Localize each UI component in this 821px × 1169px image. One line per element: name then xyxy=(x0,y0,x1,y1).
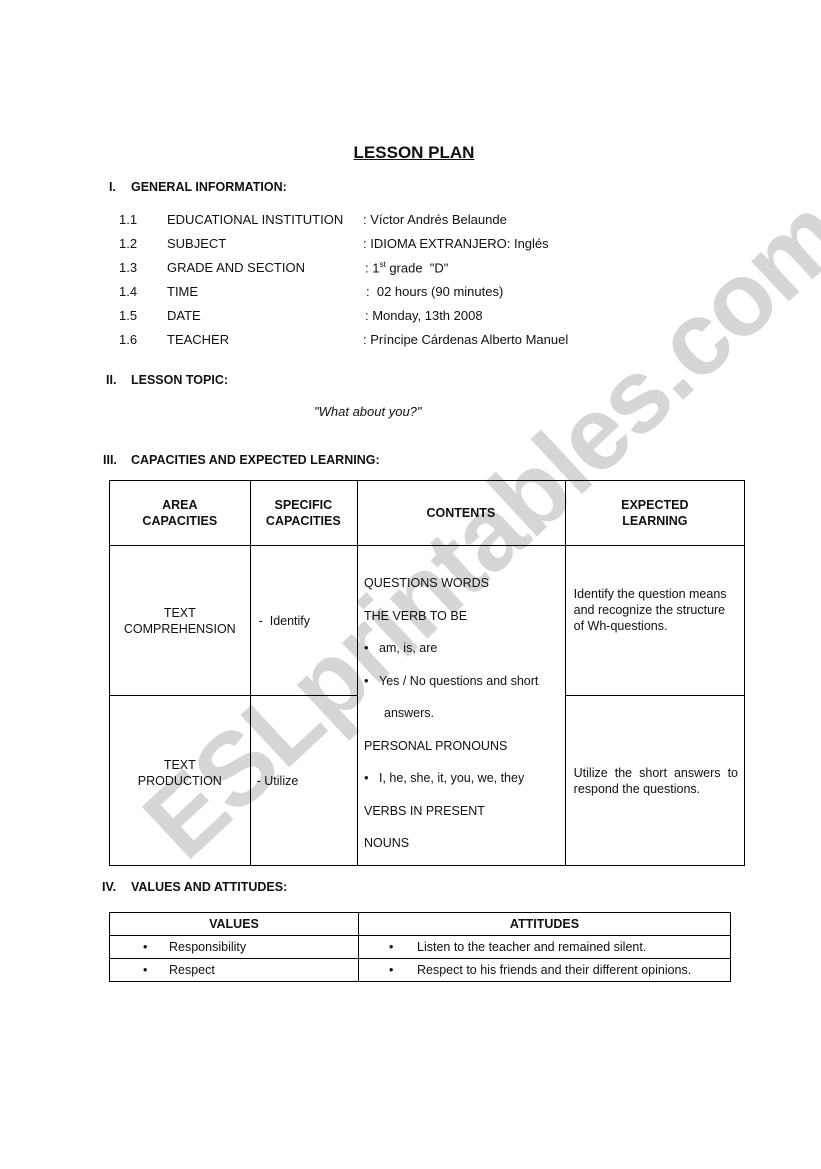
contents-bullet-item: I, he, she, it, you, we, they xyxy=(364,762,564,795)
section-title: LESSON TOPIC: xyxy=(131,373,228,387)
specific-capacity-cell: - Utilize xyxy=(250,696,357,866)
info-number: 1.2 xyxy=(119,236,137,251)
info-number: 1.3 xyxy=(119,260,137,275)
table-header-row: VALUES ATTITUDES xyxy=(110,913,731,936)
table-row: TEXTCOMPREHENSION - Identify QUESTIONS W… xyxy=(110,546,745,696)
col-header-specific-capacities: SPECIFICCAPACITIES xyxy=(250,481,357,546)
specific-capacity-cell: - Identify xyxy=(250,546,357,696)
info-value: : Víctor Andrés Belaunde xyxy=(363,212,507,227)
bullet-icon: • xyxy=(110,940,169,954)
capacities-table: AREACAPACITIES SPECIFICCAPACITIES CONTEN… xyxy=(109,480,745,866)
expected-learning-cell: Utilize the short answers to respond the… xyxy=(565,696,744,866)
info-number: 1.4 xyxy=(119,284,137,299)
info-label: DATE xyxy=(167,308,201,323)
table-row: •Respect •Respect to his friends and the… xyxy=(110,959,731,982)
value-cell: •Respect xyxy=(110,959,359,982)
contents-bullet-item: Yes / No questions and short xyxy=(364,665,564,698)
area-capacity-cell: TEXTCOMPREHENSION xyxy=(110,546,251,696)
info-value: : IDIOMA EXTRANJERO: Inglés xyxy=(363,236,549,251)
section-number: III. xyxy=(103,453,131,467)
info-label: EDUCATIONAL INSTITUTION xyxy=(167,212,343,227)
col-header-attitudes: ATTITUDES xyxy=(359,913,731,936)
col-header-contents: CONTENTS xyxy=(358,481,566,546)
section-general-information-heading: I.GENERAL INFORMATION: xyxy=(109,180,287,194)
info-label: TEACHER xyxy=(167,332,229,347)
area-capacity-cell: TEXTPRODUCTION xyxy=(110,696,251,866)
info-value: : Monday, 13th 2008 xyxy=(365,308,483,323)
value-cell: •Responsibility xyxy=(110,936,359,959)
bullet-icon: • xyxy=(359,940,417,954)
section-title: VALUES AND ATTITUDES: xyxy=(131,880,287,894)
table-row: •Responsibility •Listen to the teacher a… xyxy=(110,936,731,959)
table-header-row: AREACAPACITIES SPECIFICCAPACITIES CONTEN… xyxy=(110,481,745,546)
contents-item: VERBS IN PRESENT xyxy=(364,795,564,828)
lesson-topic: "What about you?" xyxy=(314,404,422,419)
section-number: I. xyxy=(109,180,131,194)
contents-item: NOUNS xyxy=(364,827,564,860)
section-values-heading: IV.VALUES AND ATTITUDES: xyxy=(102,880,287,894)
info-value: : Príncipe Cárdenas Alberto Manuel xyxy=(363,332,568,347)
section-number: II. xyxy=(106,373,131,387)
contents-cell: QUESTIONS WORDS THE VERB TO BE am, is, a… xyxy=(358,546,566,866)
section-capacities-heading: III.CAPACITIES AND EXPECTED LEARNING: xyxy=(103,453,380,467)
bullet-icon: • xyxy=(110,963,169,977)
info-label: GRADE AND SECTION xyxy=(167,260,305,275)
page-title: LESSON PLAN xyxy=(0,143,821,163)
contents-list: QUESTIONS WORDS THE VERB TO BE am, is, a… xyxy=(364,567,564,860)
contents-item: QUESTIONS WORDS xyxy=(364,567,564,600)
info-label: TIME xyxy=(167,284,198,299)
expected-learning-cell: Identify the question means and recogniz… xyxy=(565,546,744,696)
contents-item: answers. xyxy=(364,697,564,730)
info-number: 1.5 xyxy=(119,308,137,323)
section-number: IV. xyxy=(102,880,131,894)
section-title: CAPACITIES AND EXPECTED LEARNING: xyxy=(131,453,380,467)
contents-bullet-item: am, is, are xyxy=(364,632,564,665)
info-label: SUBJECT xyxy=(167,236,226,251)
col-header-expected-learning: EXPECTEDLEARNING xyxy=(565,481,744,546)
col-header-values: VALUES xyxy=(110,913,359,936)
contents-item: THE VERB TO BE xyxy=(364,600,564,633)
attitude-cell: •Listen to the teacher and remained sile… xyxy=(359,936,731,959)
section-title: GENERAL INFORMATION: xyxy=(131,180,287,194)
attitude-cell: •Respect to his friends and their differ… xyxy=(359,959,731,982)
contents-item: PERSONAL PRONOUNS xyxy=(364,730,564,763)
info-value: : 1st grade "D" xyxy=(365,260,448,275)
info-number: 1.1 xyxy=(119,212,137,227)
values-attitudes-table: VALUES ATTITUDES •Responsibility •Listen… xyxy=(109,912,731,982)
col-header-area-capacities: AREACAPACITIES xyxy=(110,481,251,546)
info-number: 1.6 xyxy=(119,332,137,347)
info-value: : 02 hours (90 minutes) xyxy=(366,284,503,299)
section-lesson-topic-heading: II.LESSON TOPIC: xyxy=(106,373,228,387)
bullet-icon: • xyxy=(359,963,417,977)
